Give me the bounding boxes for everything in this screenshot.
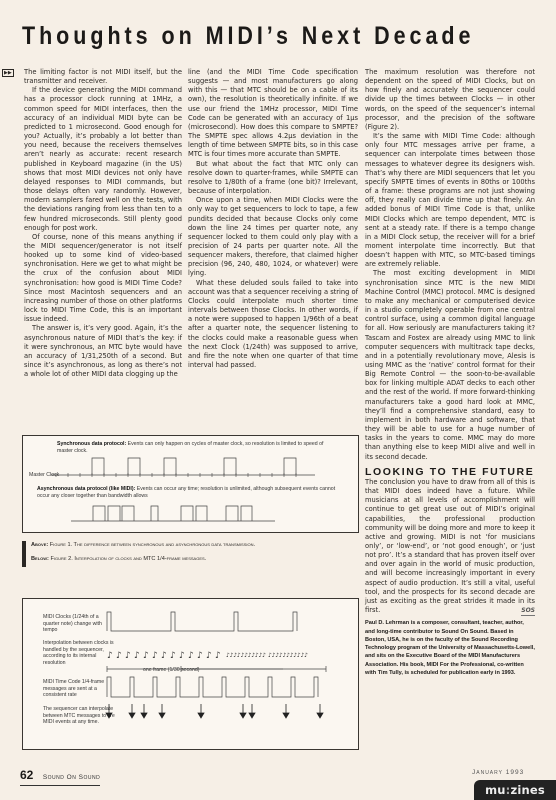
svg-text:♪: ♪ — [188, 651, 194, 661]
page-footer: 62 Sound On Sound — [20, 766, 100, 786]
paragraph: The answer is, it’s very good. Again, it… — [24, 324, 182, 379]
svg-text:♪: ♪ — [206, 651, 212, 661]
paragraph: Once upon a time, when MIDI Clocks were … — [188, 196, 358, 278]
caption-above: Above: Figure 1. The difference between … — [31, 542, 255, 548]
paragraph: If the device generating the MIDI comman… — [24, 86, 182, 233]
fast-forward-icon: ▶▶ — [2, 69, 14, 77]
caption-bar — [22, 541, 26, 567]
page-number: 62 — [20, 768, 33, 782]
magazine-name: Sound On Sound — [43, 774, 100, 781]
event-arrows — [106, 704, 323, 718]
paragraph: ▶▶The limiting factor is not MIDI itself… — [24, 68, 182, 86]
author-bio: Paul D. Lehrman is a composer, consultan… — [365, 619, 535, 677]
svg-text:♪: ♪ — [170, 651, 176, 661]
paragraph: The maximum resolution was therefore not… — [365, 68, 535, 132]
page-title: Thoughts on MIDI’s Next Decade — [22, 22, 474, 51]
issue-date: January 1993 — [472, 769, 524, 776]
svg-text:♪: ♪ — [116, 651, 122, 661]
svg-text:♪: ♪ — [215, 651, 221, 661]
svg-text:♪: ♪ — [134, 651, 140, 661]
article-column-1: ▶▶The limiting factor is not MIDI itself… — [24, 68, 182, 379]
svg-text:♪: ♪ — [161, 651, 167, 661]
caption-below-label: Below: — [31, 556, 49, 562]
caption-below: Below: Figure 2. Interpolation of clocks… — [31, 556, 206, 562]
watermark-prefix: mu — [485, 783, 506, 797]
article-column-2: line (and the MIDI Time Code specificati… — [188, 68, 358, 370]
svg-text:♪: ♪ — [197, 651, 203, 661]
svg-text:♪: ♪ — [125, 651, 131, 661]
dense-note-icons: ♪♪♪♪♪♪♪♪♪♪♪ ♪♪♪♪♪♪♪♪♪♪♪ — [226, 652, 308, 659]
paragraph-text: The conclusion you have to draw from all… — [365, 478, 535, 614]
paragraph: It’s the same with MIDI Time Code: altho… — [365, 132, 535, 269]
caption-above-text: Figure 1. The difference between synchro… — [48, 542, 255, 548]
svg-text:♪: ♪ — [152, 651, 158, 661]
caption-above-label: Above: — [31, 542, 48, 548]
watermark-suffix: zines — [510, 783, 544, 797]
async-waveform — [23, 436, 358, 532]
svg-text:♪♪♪♪♪♪♪♪♪♪♪: ♪♪♪♪♪♪♪♪♪♪♪ — [226, 652, 266, 659]
figure-2: MIDI Clocks (1/24th of a quarter note) c… — [22, 598, 359, 750]
note-icons: ♪♪♪♪♪♪♪♪♪♪♪♪♪ — [107, 651, 221, 661]
paragraph: line (and the MIDI Time Code specificati… — [188, 68, 358, 160]
caption-below-text: Figure 2. Interpolation of clocks and MT… — [49, 556, 206, 562]
paragraph: What these deluded souls failed to take … — [188, 279, 358, 371]
article-column-3: The maximum resolution was therefore not… — [365, 68, 535, 677]
paragraph: The conclusion you have to draw from all… — [365, 478, 535, 615]
paragraph: The most exciting development in MIDI sy… — [365, 269, 535, 461]
section-heading: LOOKING TO THE FUTURE — [365, 468, 535, 477]
muzines-watermark[interactable]: mu:zines — [474, 780, 556, 800]
paragraph: But what about the fact that MTC only ca… — [188, 160, 358, 197]
svg-text:♪♪♪♪♪♪♪♪♪♪♪: ♪♪♪♪♪♪♪♪♪♪♪ — [268, 652, 308, 659]
interpolation-diagram: ♪♪♪♪♪♪♪♪♪♪♪♪♪ ♪♪♪♪♪♪♪♪♪♪♪ ♪♪♪♪♪♪♪♪♪♪♪ — [23, 599, 358, 749]
end-mark: SOS — [521, 606, 535, 616]
figure-1: Synchronous data protocol: Events can on… — [22, 435, 359, 533]
svg-text:♪: ♪ — [107, 651, 113, 661]
svg-text:♪: ♪ — [179, 651, 185, 661]
svg-text:♪: ♪ — [143, 651, 149, 661]
paragraph: Of course, none of this means anything i… — [24, 233, 182, 325]
paragraph-text: The limiting factor is not MIDI itself, … — [24, 68, 182, 85]
